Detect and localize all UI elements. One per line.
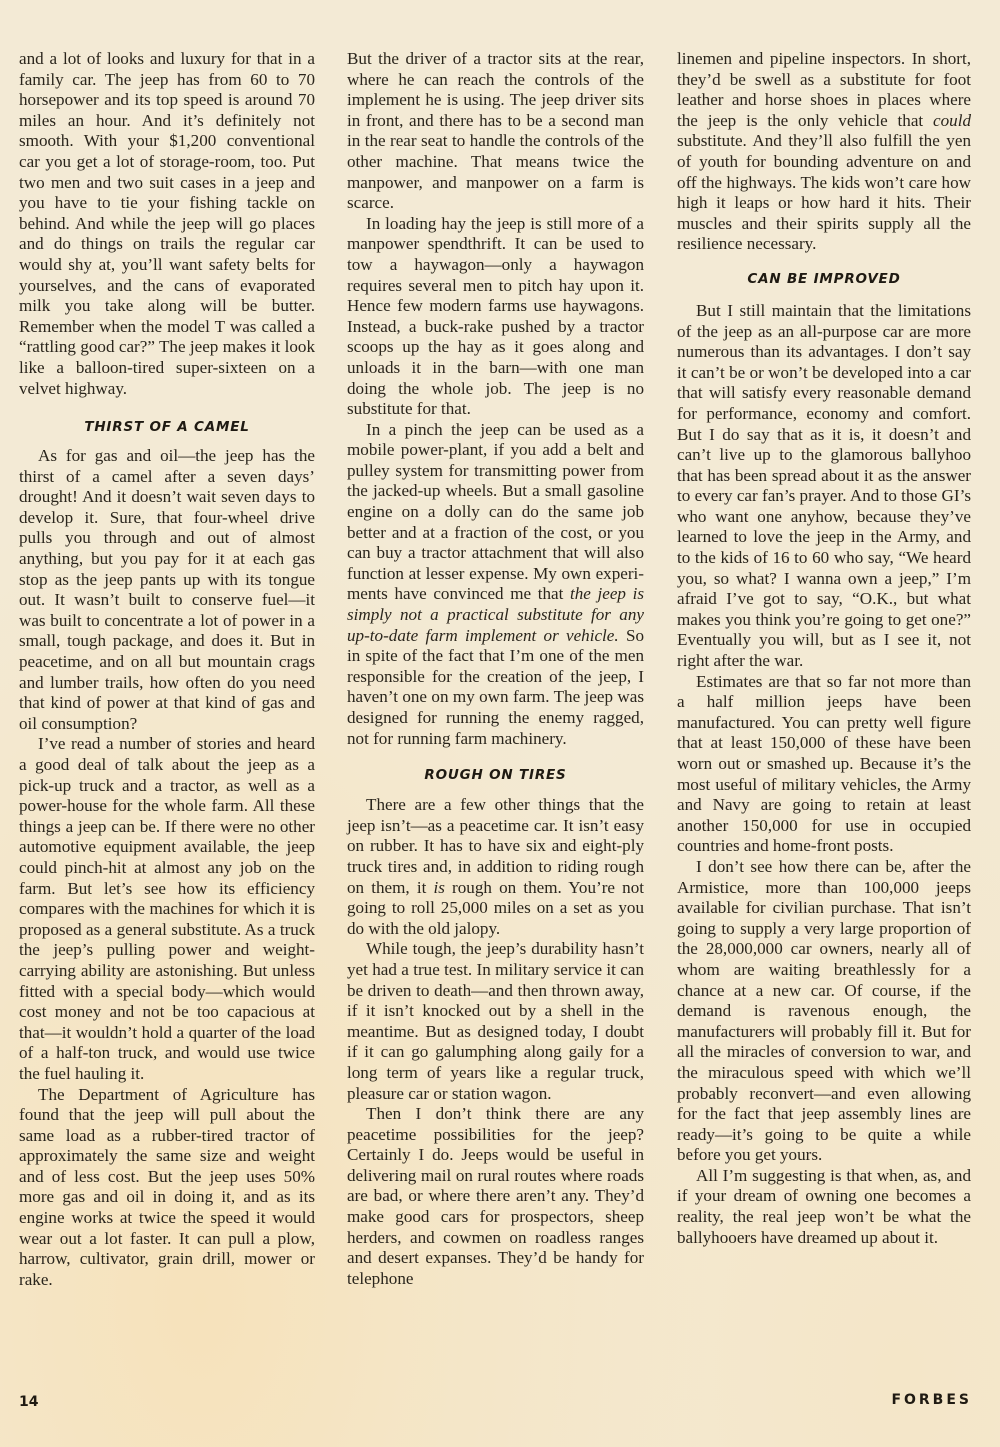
paragraph: While tough, the jeep’s durability hasn’… <box>347 939 644 1104</box>
column-1: and a lot of looks and luxury for that i… <box>19 49 315 1290</box>
paragraph: I don’t see how there can be, after the … <box>677 857 971 1166</box>
paragraph: Then I don’t think there are any peaceti… <box>347 1104 644 1289</box>
paragraph: I’ve read a number of stories and heard … <box>19 734 315 1084</box>
paragraph: All I’m suggesting is that when, as, and… <box>677 1166 971 1248</box>
text-run: substitute. And they’ll also fulfill the… <box>677 131 971 253</box>
section-heading-rough-on-tires: ROUGH ON TIRES <box>347 765 644 785</box>
paragraph: But the driver of a tractor sits at the … <box>347 49 644 214</box>
paragraph: But I still maintain that the limita­tio… <box>677 301 971 672</box>
paragraph: In a pinch the jeep can be used as a mob… <box>347 420 644 750</box>
column-2: But the driver of a tractor sits at the … <box>347 49 644 1289</box>
paragraph: Estimates are that so far not more than … <box>677 672 971 857</box>
paragraph: The Department of Agriculture has found … <box>19 1085 315 1291</box>
italic-emphasis: could <box>933 111 971 130</box>
paragraph: There are a few other things that the je… <box>347 795 644 939</box>
paragraph: linemen and pipeline inspectors. In shor… <box>677 49 971 255</box>
publication-name: FORBES <box>891 1392 972 1408</box>
paragraph: and a lot of looks and luxury for that i… <box>19 49 315 399</box>
paragraph: In loading hay the jeep is still more of… <box>347 214 644 420</box>
paragraph: As for gas and oil—the jeep has the thir… <box>19 446 315 734</box>
text-run: In a pinch the jeep can be used as a mob… <box>347 420 644 604</box>
section-heading-can-be-improved: CAN BE IMPROVED <box>677 269 971 289</box>
column-3: linemen and pipeline inspectors. In shor… <box>677 49 971 1248</box>
section-heading-thirst-of-a-camel: THIRST OF A CAMEL <box>19 417 315 437</box>
italic-emphasis: is <box>434 878 445 897</box>
page-number: 14 <box>19 1394 38 1410</box>
text-run: linemen and pipeline inspectors. In shor… <box>677 49 971 130</box>
